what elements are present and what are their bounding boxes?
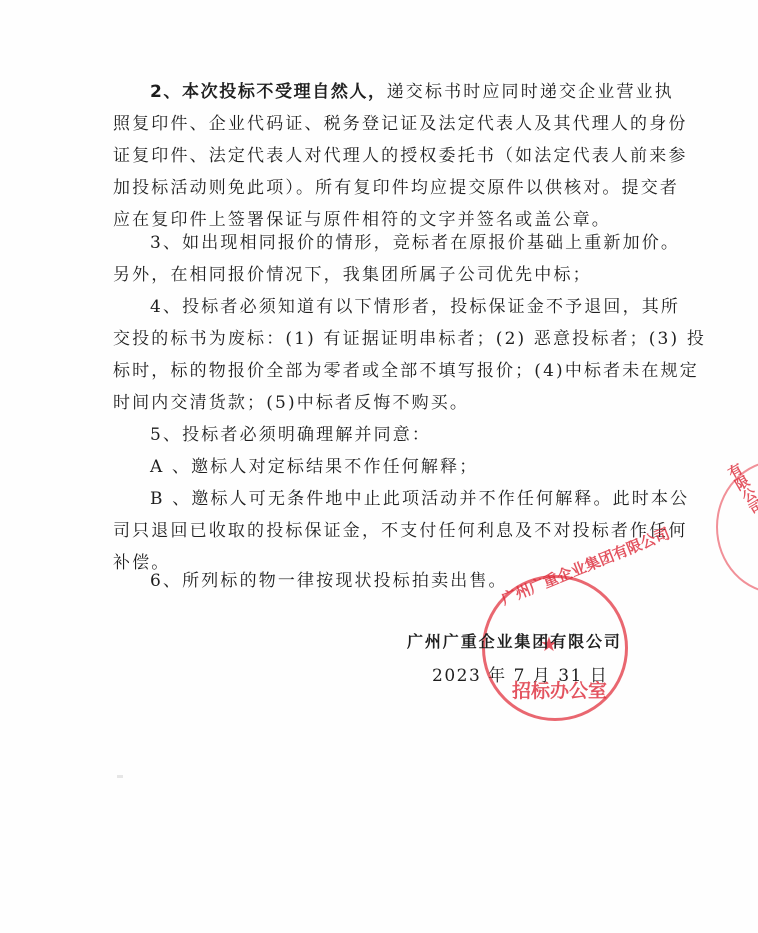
paragraph-5-item-b-line-2: 司只退回已收取的投标保证金，不支付任何利息及不对投标者作任何 xyxy=(113,520,688,542)
scan-artifact xyxy=(117,775,123,778)
paragraph-2-line-3: 证复印件、法定代表人对代理人的授权委托书（如法定代表人前来参 xyxy=(113,145,688,167)
paragraph-2-line-4: 加投标活动则免此项）。所有复印件均应提交原件以供核对。提交者 xyxy=(113,177,679,199)
paragraph-3-line-1: 3、如出现相同报价的情形，竞标者在原报价基础上重新加价。 xyxy=(150,232,680,254)
paragraph-2-line-2: 照复印件、企业代码证、税务登记证及法定代表人及其代理人的身份 xyxy=(113,113,688,135)
signature-date: 2023 年 7 月 31 日 xyxy=(432,661,608,686)
paragraph-5-line-1: 5、投标者必须明确理解并同意： xyxy=(150,424,431,446)
paragraph-2-line-5: 应在复印件上签署保证与原件相符的文字并签名或盖公章。 xyxy=(113,209,611,231)
paragraph-4-line-4: 时间内交清货款；(5)中标者反悔不购买。 xyxy=(113,392,469,414)
paragraph-4-line-2: 交投的标书为废标：(1) 有证据证明串标者；(2) 恶意投标者；(3) 投 xyxy=(113,328,706,350)
paragraph-3-line-2: 另外，在相同报价情况下，我集团所属子公司优先中标； xyxy=(113,264,592,286)
bold-clause: 2、本次投标不受理自然人， xyxy=(150,82,387,102)
paragraph-5-item-b-line-1: B 、邀标人可无条件地中止此项活动并不作任何解释。此时本公 xyxy=(150,488,689,510)
paragraph-5-item-a: A 、邀标人对定标结果不作任何解释； xyxy=(150,456,478,478)
paragraph-4-line-3: 标时，标的物报价全部为零者或全部不填写报价；(4)中标者未在规定 xyxy=(113,360,699,382)
signature-organization: 广州广重企业集团有限公司 xyxy=(407,629,622,652)
document-page: 2、本次投标不受理自然人，递交标书时应同时递交企业营业执 照复印件、企业代码证、… xyxy=(0,0,758,933)
paragraph-2-line-1: 2、本次投标不受理自然人，递交标书时应同时递交企业营业执 xyxy=(150,81,674,103)
paragraph-6-line-1: 6、所列标的物一律按现状投标拍卖出售。 xyxy=(150,570,508,592)
paragraph-4-line-1: 4、投标者必须知道有以下情形者，投标保证金不予退回，其所 xyxy=(150,296,680,318)
